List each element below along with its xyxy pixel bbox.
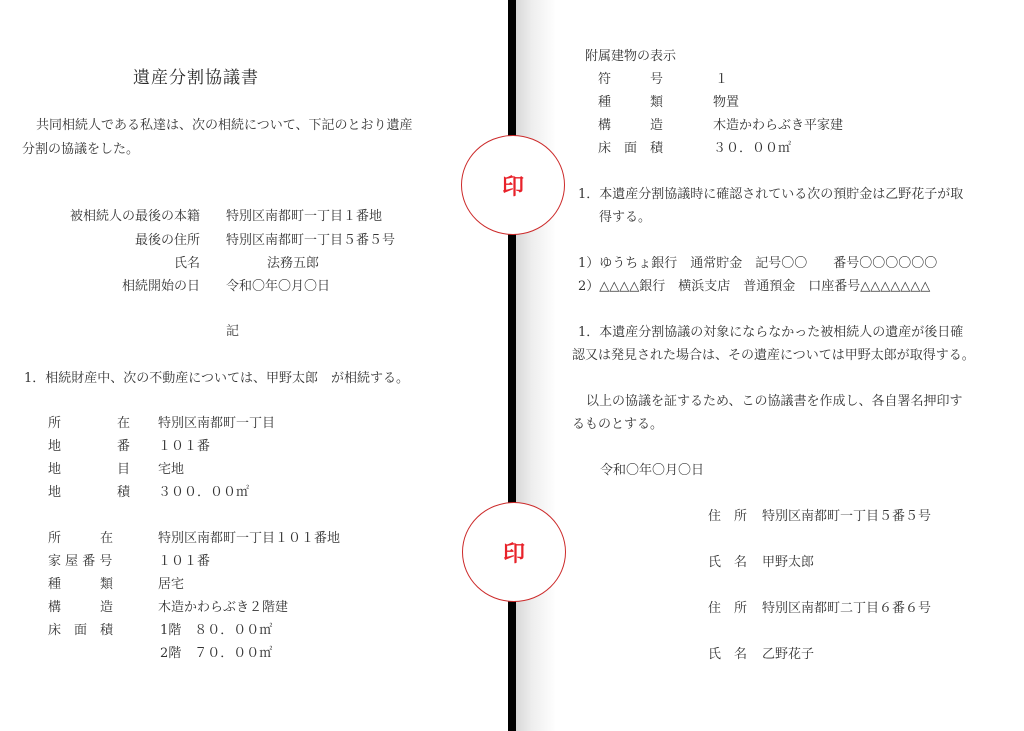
signatory-address: 特別区南都町一丁目５番５号 [762, 509, 931, 525]
land-value: １０１番 [158, 439, 210, 455]
page-gutter-shadow [516, 0, 556, 731]
seal-icon: 印 [503, 537, 525, 568]
clause-2-line2: 得する。 [599, 210, 651, 226]
land-value: 特別区南都町一丁目 [158, 416, 275, 432]
ki-heading: 記 [226, 324, 239, 340]
annex-label: 符 号 [598, 72, 663, 88]
account-item: 2）△△△△銀行 横浜支店 普通預金 口座番号△△△△△△△ [578, 279, 930, 295]
annex-value: １ [715, 72, 728, 88]
annex-heading: 附属建物の表示 [585, 49, 676, 65]
land-label-b: 目 [117, 462, 130, 478]
land-value: ３００．００㎡ [158, 485, 249, 501]
annex-label: 種 類 [598, 95, 663, 111]
annex-label: 構 造 [598, 118, 663, 134]
seal-stamp: 印 [461, 135, 565, 235]
decedent-label: 氏名 [174, 256, 200, 272]
signatory-address-label: 住 所 [708, 509, 747, 525]
signing-date: 令和〇年〇月〇日 [600, 463, 704, 479]
decedent-label: 被相続人の最後の本籍 [70, 209, 200, 225]
building-label: 床 面 積 [48, 623, 113, 639]
building-value: 居宅 [158, 577, 184, 593]
building-label: 家 屋 番 号 [48, 554, 112, 570]
building-value: 木造かわらぶき２階建 [158, 600, 288, 616]
intro-text-line1: 共同相続人である私達は、次の相続について、下記のとおり遺産 [36, 118, 412, 134]
decedent-label: 相続開始の日 [122, 279, 200, 295]
decedent-value: 特別区南都町一丁目５番５号 [226, 233, 395, 249]
annex-value: ３０．００㎡ [713, 141, 791, 157]
decedent-value: 法務五郎 [267, 256, 319, 272]
building-value: １０１番 [158, 554, 210, 570]
land-value: 宅地 [158, 462, 184, 478]
signatory-name-label: 氏 名 [708, 555, 747, 571]
land-label-a: 地 [48, 439, 61, 455]
clause-2-line1: 1．本遺産分割協議時に確認されている次の預貯金は乙野花子が取 [578, 187, 963, 203]
clause-1: 1．相続財産中、次の不動産については、甲野太郎 が相続する。 [24, 371, 409, 387]
decedent-label: 最後の住所 [135, 233, 200, 249]
intro-text-line2: 分割の協議をした。 [22, 142, 139, 158]
document-title: 遺産分割協議書 [133, 70, 259, 86]
building-value: 特別区南都町一丁目１０１番地 [158, 531, 340, 547]
land-label-b: 積 [117, 485, 130, 501]
seal-stamp: 印 [462, 502, 566, 602]
annex-value: 物置 [713, 95, 739, 111]
land-label-b: 番 [117, 439, 130, 455]
clause-3-line2: 認又は発見された場合は、その遺産については甲野太郎が取得する。 [572, 348, 975, 364]
page-divider [508, 0, 516, 731]
building-label: 種 類 [48, 577, 113, 593]
clause-3-line1: 1．本遺産分割協議の対象にならなかった被相続人の遺産が後日確 [578, 325, 963, 341]
land-label-a: 所 [48, 416, 61, 432]
closing-line1: 以上の協議を証するため、この協議書を作成し、各自署名押印す [586, 394, 962, 410]
signatory-name: 乙野花子 [762, 647, 814, 663]
building-label: 所 在 [48, 531, 113, 547]
decedent-value: 令和〇年〇月〇日 [226, 279, 330, 295]
annex-label: 床 面 積 [598, 141, 663, 157]
closing-line2: るものとする。 [572, 417, 663, 433]
building-value: 2階 ７０．００㎡ [160, 646, 272, 662]
signatory-address: 特別区南都町二丁目６番６号 [762, 601, 931, 617]
land-label-a: 地 [48, 485, 61, 501]
building-label: 構 造 [48, 600, 113, 616]
decedent-value: 特別区南都町一丁目１番地 [226, 209, 382, 225]
account-item: 1）ゆうちょ銀行 通常貯金 記号〇〇 番号〇〇〇〇〇〇 [578, 256, 937, 272]
land-label-b: 在 [117, 416, 130, 432]
seal-icon: 印 [502, 170, 524, 201]
land-label-a: 地 [48, 462, 61, 478]
signatory-name: 甲野太郎 [762, 555, 814, 571]
annex-value: 木造かわらぶき平家建 [713, 118, 843, 134]
signatory-name-label: 氏 名 [708, 647, 747, 663]
signatory-address-label: 住 所 [708, 601, 747, 617]
building-value: 1階 ８０．００㎡ [160, 623, 272, 639]
